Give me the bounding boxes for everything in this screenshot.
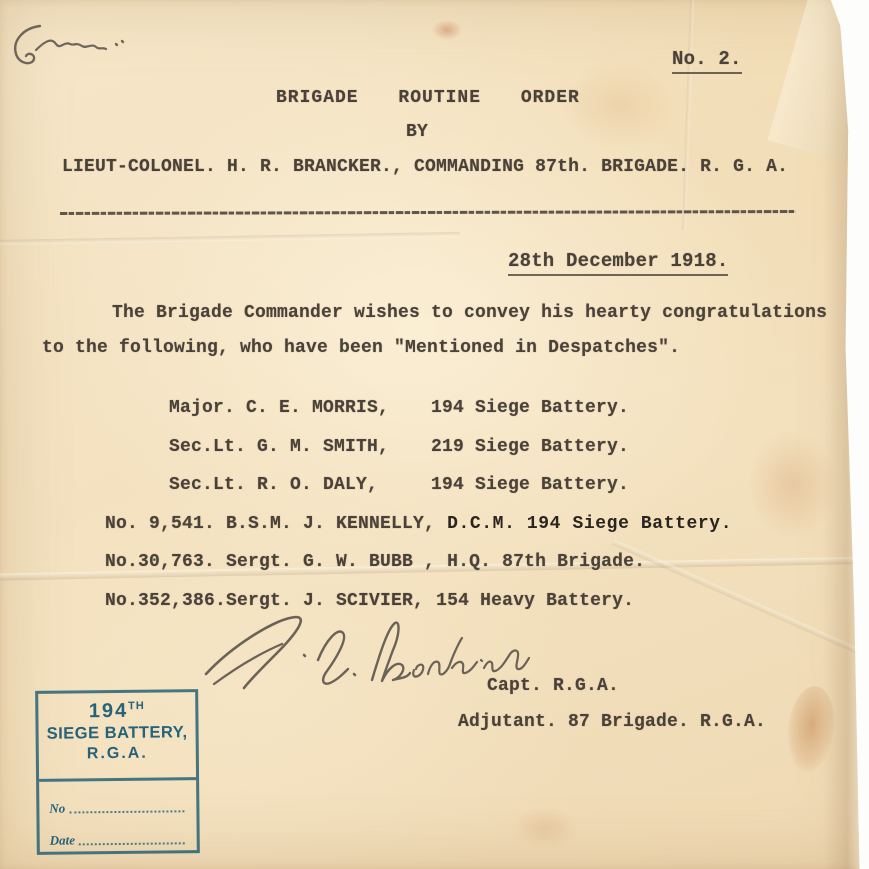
mention-unit: H.Q. 87th Brigade.	[447, 552, 645, 572]
mention-row: No. 9,541. B.S.M. J. KENNELLY,D.C.M. 194…	[105, 505, 732, 544]
scanned-document: No. 2. BRIGADE ROUTINE ORDER BY LIEUT-CO…	[0, 0, 869, 869]
mention-row: No.30,763. Sergt. G. W. BUBB ,H.Q. 87th …	[105, 543, 732, 582]
stain	[432, 20, 462, 40]
ink-stain	[783, 684, 839, 775]
paper-sheet: No. 2. BRIGADE ROUTINE ORDER BY LIEUT-CO…	[0, 0, 869, 869]
pen-scribble	[6, 16, 156, 76]
mention-name: Sec.Lt. G. M. SMITH,	[169, 428, 431, 467]
fold-corner	[768, 0, 869, 173]
mention-name: Major. C. E. MORRIS,	[169, 389, 431, 428]
dotted-leader	[79, 842, 185, 845]
mention-name: No.30,763. Sergt. G. W. BUBB ,	[105, 543, 435, 582]
byline: BY	[406, 122, 428, 142]
paragraph-line-1: The Brigade Commander wishes to convey h…	[112, 303, 827, 323]
signature-rank: Capt. R.G.A.	[487, 676, 619, 696]
mention-row: Sec.Lt. R. O. DALY,194 Siege Battery.	[105, 466, 732, 505]
stamp-title: 194TH SIEGE BATTERY, R.G.A.	[38, 692, 196, 782]
fold-edge	[823, 0, 863, 869]
dotted-leader	[69, 810, 184, 813]
mention-unit: 194 Siege Battery.	[431, 398, 629, 418]
stamp-no-field: No	[49, 789, 186, 816]
stamp-date-field: Date	[50, 821, 187, 848]
unit-stamp: 194TH SIEGE BATTERY, R.G.A. No Date	[35, 689, 200, 855]
mention-unit: 194 Siege Battery.	[431, 475, 629, 495]
signature-role: Adjutant. 87 Brigade. R.G.A.	[458, 712, 766, 732]
divider-rule	[60, 210, 796, 215]
mention-name: No. 9,541. B.S.M. J. KENNELLY,	[105, 505, 435, 544]
stain	[748, 430, 838, 540]
mention-name: Sec.Lt. R. O. DALY,	[169, 466, 431, 505]
mention-unit: 219 Siege Battery.	[431, 437, 629, 457]
order-date: 28th December 1918.	[508, 250, 728, 276]
crease-line	[682, 0, 694, 230]
page-title: BRIGADE ROUTINE ORDER	[276, 88, 580, 108]
mention-row: Major. C. E. MORRIS,194 Siege Battery.	[105, 389, 732, 428]
signature	[200, 608, 530, 703]
mention-row: Sec.Lt. G. M. SMITH,219 Siege Battery.	[105, 428, 732, 467]
paragraph-line-2: to the following, who have been "Mention…	[42, 338, 680, 358]
crease-line	[0, 232, 460, 245]
mentions-list: Major. C. E. MORRIS,194 Siege Battery. S…	[105, 389, 732, 620]
stain	[512, 806, 578, 850]
commander-line: LIEUT-COLONEL. H. R. BRANCKER., COMMANDI…	[62, 157, 788, 177]
mention-unit: D.C.M. 194 Siege Battery.	[447, 514, 732, 534]
order-number: No. 2.	[672, 48, 742, 74]
